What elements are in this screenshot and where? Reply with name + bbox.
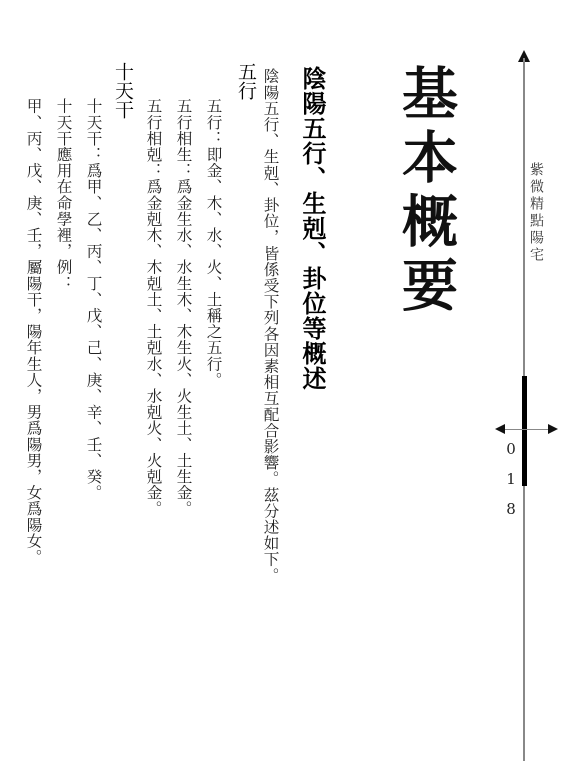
page-number: 018 [503,440,518,530]
wuxing-line-2: 五行相生：爲金生水、水生木、木生火、火生土、土生金。 [175,98,191,517]
running-head: 紫微精點陽宅 [529,162,543,264]
left-arrow-icon [495,424,505,434]
subhead-tiangan: 十天干 [113,62,132,119]
subhead-wuxing: 五行 [236,62,255,100]
tiangan-line-3: 甲、丙、戊、庚、壬，屬陽干，陽年生人，男爲陽男，女爲陽女。 [25,98,41,565]
tiangan-line-2: 十天干應用在命學裡，例： [55,98,71,291]
wuxing-line-1: 五行：即金、木、水、火、土稱之五行。 [205,98,221,388]
page-marker-bar [522,376,527,486]
intro-paragraph: 陰陽五行、生剋、卦位，皆係受下列各因素相互配合影響。茲分述如下。 [262,68,278,583]
chapter-title: 基本概要 [398,64,454,320]
wuxing-line-3: 五行相剋：爲金剋木、木剋土、土剋水、水剋火、火剋金。 [145,98,161,517]
tiangan-line-1: 十天干：爲甲、乙、丙、丁、戊、己、庚、辛、壬、癸。 [85,98,101,501]
right-arrow-icon [548,424,558,434]
horizontal-crossline [500,429,550,430]
section-heading: 陰陽五行、生剋、卦位等概述 [300,66,324,391]
